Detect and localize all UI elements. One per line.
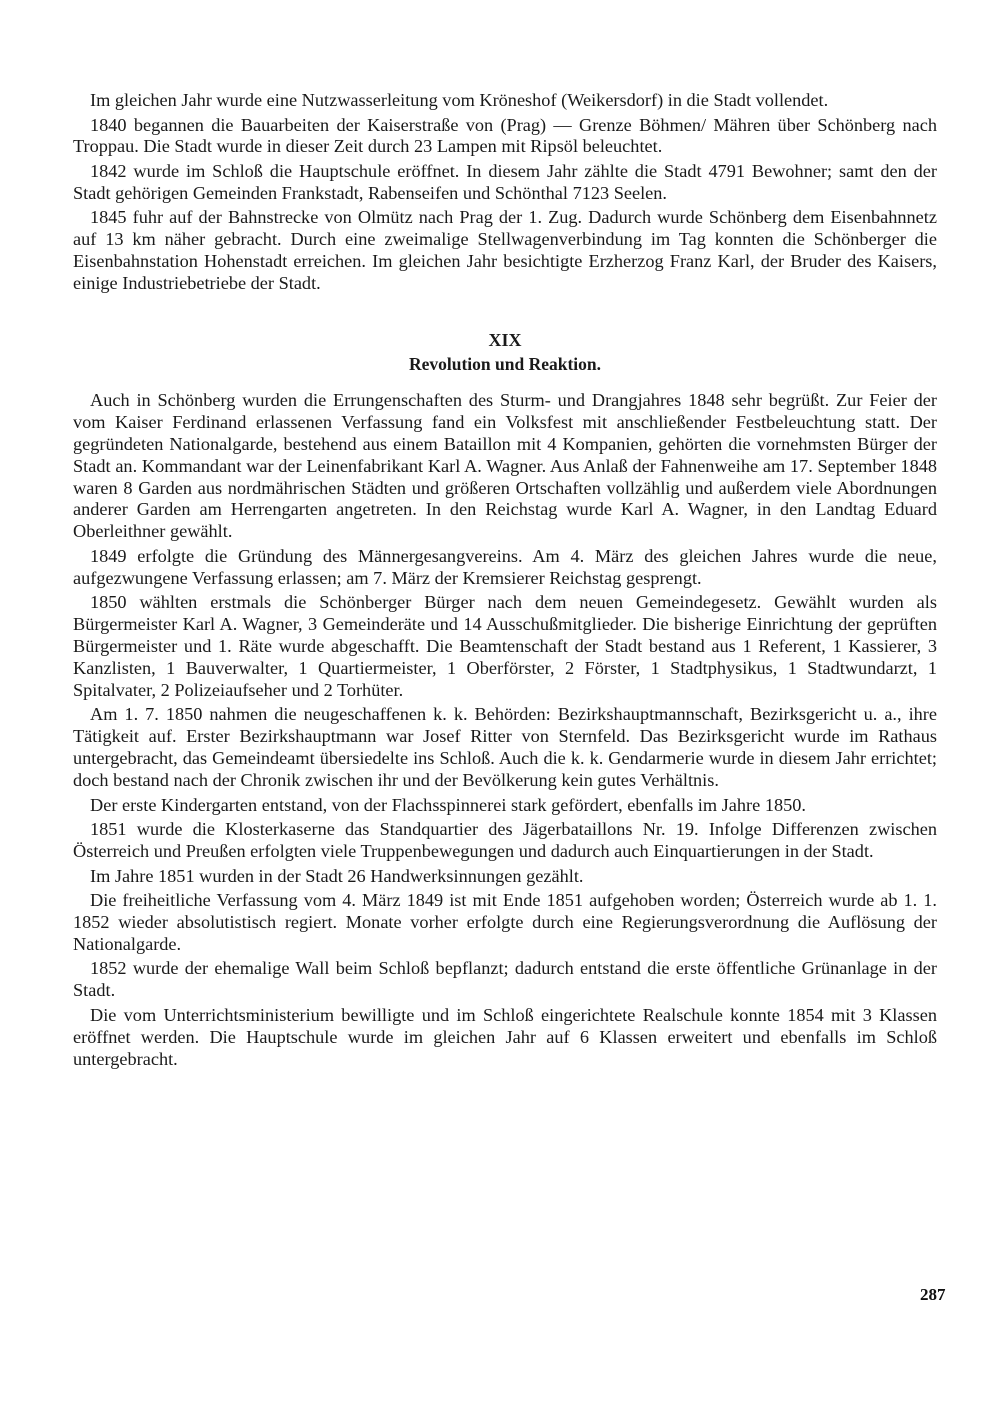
page-number: 287 — [920, 1285, 946, 1305]
paragraph-nutzwasserleitung: Im gleichen Jahr wurde eine Nutzwasserle… — [73, 90, 937, 112]
chapter-number: XIX — [73, 329, 937, 351]
paragraph-1840: 1840 begannen die Bauarbeiten der Kaiser… — [73, 115, 937, 159]
page-body: Im gleichen Jahr wurde eine Nutzwasserle… — [73, 90, 937, 1073]
paragraph-1845: 1845 fuhr auf der Bahnstrecke von Olmütz… — [73, 207, 937, 295]
paragraph-kindergarten: Der erste Kindergarten entstand, von der… — [73, 795, 937, 817]
paragraph-1850-authorities: Am 1. 7. 1850 nahmen die neugeschaffenen… — [73, 704, 937, 792]
chapter-title: Revolution und Reaktion. — [73, 353, 937, 375]
paragraph-1851-barracks: 1851 wurde die Klosterkaserne das Standq… — [73, 819, 937, 863]
paragraph-1848: Auch in Schönberg wurden die Errungensch… — [73, 390, 937, 543]
paragraph-1854: Die vom Unterrichtsministerium bewilligt… — [73, 1005, 937, 1071]
paragraph-constitution: Die freiheitliche Verfassung vom 4. März… — [73, 890, 937, 956]
paragraph-1850-election: 1850 wählten erstmals die Schönberger Bü… — [73, 592, 937, 702]
paragraph-1849: 1849 erfolgte die Gründung des Männerges… — [73, 546, 937, 590]
paragraph-1851-guilds: Im Jahre 1851 wurden in der Stadt 26 Han… — [73, 866, 937, 888]
paragraph-1852: 1852 wurde der ehemalige Wall beim Schlo… — [73, 958, 937, 1002]
paragraph-1842: 1842 wurde im Schloß die Hauptschule erö… — [73, 161, 937, 205]
